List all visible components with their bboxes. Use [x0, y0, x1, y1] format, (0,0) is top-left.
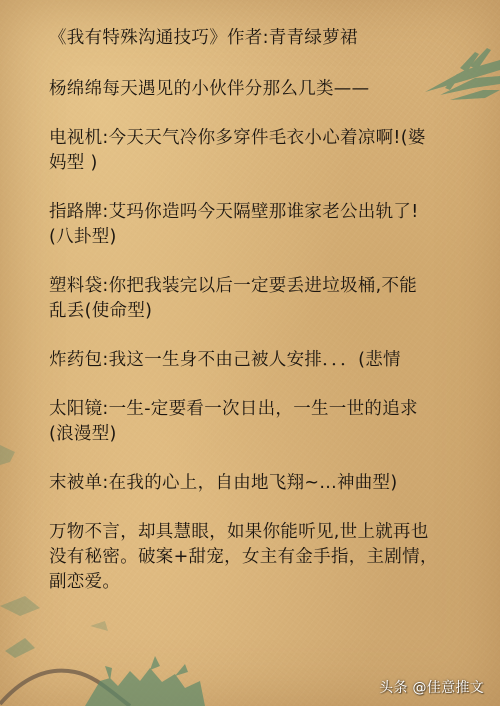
- entry-tv: 电视机:今天天气冷你多穿件毛衣小心着凉啊!(婆 妈型 ): [49, 126, 459, 176]
- book-title-line: 《我有特殊沟通技巧》作者:青青绿萝裙: [49, 26, 459, 51]
- entry-bedsheet: 末被单:在我的心上，自由地飞翔~...神曲型): [49, 471, 459, 496]
- intro-line: 杨绵绵每天遇见的小伙伴分那么几类——: [49, 77, 459, 102]
- entry-explosive: 炸药包:我这一生身不由己被人安排．．．(悲情: [49, 348, 459, 373]
- watermark: 头条 @佳意推文: [379, 677, 484, 697]
- article-body: 《我有特殊沟通技巧》作者:青青绿萝裙 杨绵绵每天遇见的小伙伴分那么几类—— 电视…: [49, 26, 459, 619]
- summary-paragraph: 万物不言，却具慧眼，如果你能听见,世上就再也 没有秘密。破案+甜宠，女主有金手指…: [49, 520, 459, 595]
- entry-signpost: 指路牌:艾玛你造吗今天隔壁那谁家老公出轨了! (八卦型): [49, 200, 459, 250]
- faint-leaf-decoration-left: [0, 440, 20, 470]
- entry-sunglasses: 太阳镜:一生-定要看一次日出，一生一世的追求 (浪漫型): [49, 397, 459, 447]
- entry-plastic-bag: 塑料袋:你把我装完以后一定要丢进垃圾桶,不能 乱丢(使命型): [49, 274, 459, 324]
